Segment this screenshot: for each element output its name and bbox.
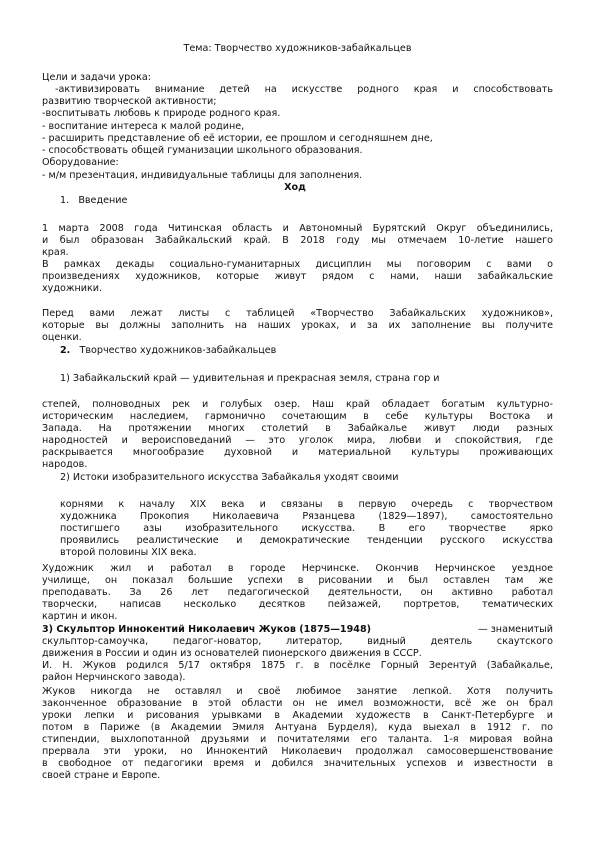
- point-2-line: постигшего азы изобразительного искусств…: [60, 523, 553, 535]
- zhukov-line: уроки лепки и рисования урывками в Акаде…: [42, 710, 553, 722]
- artist-line: училище, он показал большие успехи в рис…: [42, 575, 553, 587]
- goal-item: -воспитывать любовь к природе родного кр…: [42, 108, 553, 120]
- intro-line: В рамках декады социально-гуманитарных д…: [42, 259, 553, 271]
- artist-line: преподавать. За 26 лет педагогической де…: [42, 587, 553, 599]
- intro-line: произведениях художников, которые живут …: [42, 271, 553, 283]
- point-3-line: движения в России и один из основателей …: [42, 648, 553, 660]
- progress-heading: Ход: [230, 182, 360, 194]
- document-page: Тема: Творчество художников-забайкальцев…: [0, 0, 595, 842]
- intro-line: края.: [42, 247, 553, 259]
- goal-item: - способствовать общей гуманизации школь…: [42, 145, 553, 157]
- section-2-number: 2.: [60, 345, 70, 356]
- intro-line: художники.: [42, 283, 553, 295]
- goal-item: - расширить представление об её истории,…: [42, 133, 553, 145]
- point-1-line: народностей и вероисповеданий — это угол…: [42, 435, 553, 447]
- point-2-line: проявились реалистические и демократичес…: [60, 535, 553, 547]
- artist-line: творчески, написав несколько десятков пе…: [42, 599, 553, 611]
- point-1-line: народов.: [42, 459, 553, 471]
- zhukov-birth-line: И. Н. Жуков родился 5/17 октября 1875 г.…: [42, 660, 553, 672]
- point-2-line: второй половины XIX века.: [60, 547, 571, 559]
- goal-item: развитию творческой активности;: [42, 96, 553, 108]
- equipment-heading: Оборудование:: [42, 157, 553, 169]
- section-1-title: Введение: [78, 195, 127, 206]
- zhukov-line: потом в Париже (в Академии Эмиля Антуана…: [42, 722, 553, 734]
- section-1-number: 1.: [60, 195, 69, 206]
- goal-item: -активизировать внимание детей на искусс…: [55, 84, 553, 96]
- equipment-text: - м/м презентация, индивидуальные таблиц…: [42, 170, 553, 182]
- zhukov-line: прервала эти уроки, но Иннокентий Никола…: [42, 746, 553, 758]
- artist-line: Художник жил и работал в городе Нерчинск…: [42, 563, 553, 575]
- zhukov-line: Жуков никогда не оставлял и своё любимое…: [42, 686, 553, 698]
- point-1-line: историческим наследием, гармонично сочет…: [42, 411, 553, 423]
- point-1-line: Запада. На протяжении многих столетий в …: [42, 423, 553, 435]
- zhukov-line: законченное образование в этой области о…: [42, 698, 553, 710]
- point-1-lead: 1) Забайкальский край — удивительная и п…: [60, 373, 571, 385]
- point-2-line: художника Прокопия Николаевича Рязанцева…: [60, 511, 553, 523]
- point-1-line: раскрывается многообразие духовной и мат…: [42, 447, 553, 459]
- zhukov-line: своей стране и Европе.: [42, 770, 553, 782]
- section-2-heading: 2. Творчество художников-забайкальцев: [60, 345, 571, 357]
- zhukov-line: в свободное от педагогики время и добилс…: [42, 758, 553, 770]
- zhukov-line: стипендии, выхлопотанной друзьями и почи…: [42, 734, 553, 746]
- section-1-heading: 1. Введение: [60, 195, 571, 207]
- point-3-lead-rest: — знаменитый: [478, 624, 553, 636]
- section-2-title: Творчество художников-забайкальцев: [79, 345, 276, 356]
- goals-heading: Цели и задачи урока:: [42, 72, 553, 84]
- intro-line: которые вы должны заполнить на наших уро…: [42, 320, 553, 332]
- point-2-line: корнями к началу XIX века и связаны в пе…: [60, 499, 553, 511]
- intro-line: 1 марта 2008 года Читинская область и Ав…: [42, 223, 553, 235]
- point-3-lead-bold: 3) Скульптор Иннокентий Николаевич Жуков…: [42, 624, 371, 636]
- artist-line: картин и икон.: [42, 611, 553, 623]
- point-1-line: степей, полноводных рек и голубых озер. …: [42, 399, 553, 411]
- point-2-lead: 2) Истоки изобразительного искусства Заб…: [60, 472, 571, 484]
- point-3-lead: 3) Скульптор Иннокентий Николаевич Жуков…: [42, 624, 553, 636]
- point-3-line: скульптор-самоучка, педагог-новатор, лит…: [42, 636, 553, 648]
- zhukov-birth-line: район Нерчинского завода).: [42, 672, 553, 684]
- intro-line: и был образован Забайкальский край. В 20…: [42, 235, 553, 247]
- document-title: Тема: Творчество художников-забайкальцев: [42, 43, 553, 55]
- intro-line: оценки.: [42, 332, 553, 344]
- intro-line: Перед вами лежат листы с таблицей «Творч…: [42, 308, 553, 320]
- goal-item: - воспитание интереса к малой родине,: [42, 121, 553, 133]
